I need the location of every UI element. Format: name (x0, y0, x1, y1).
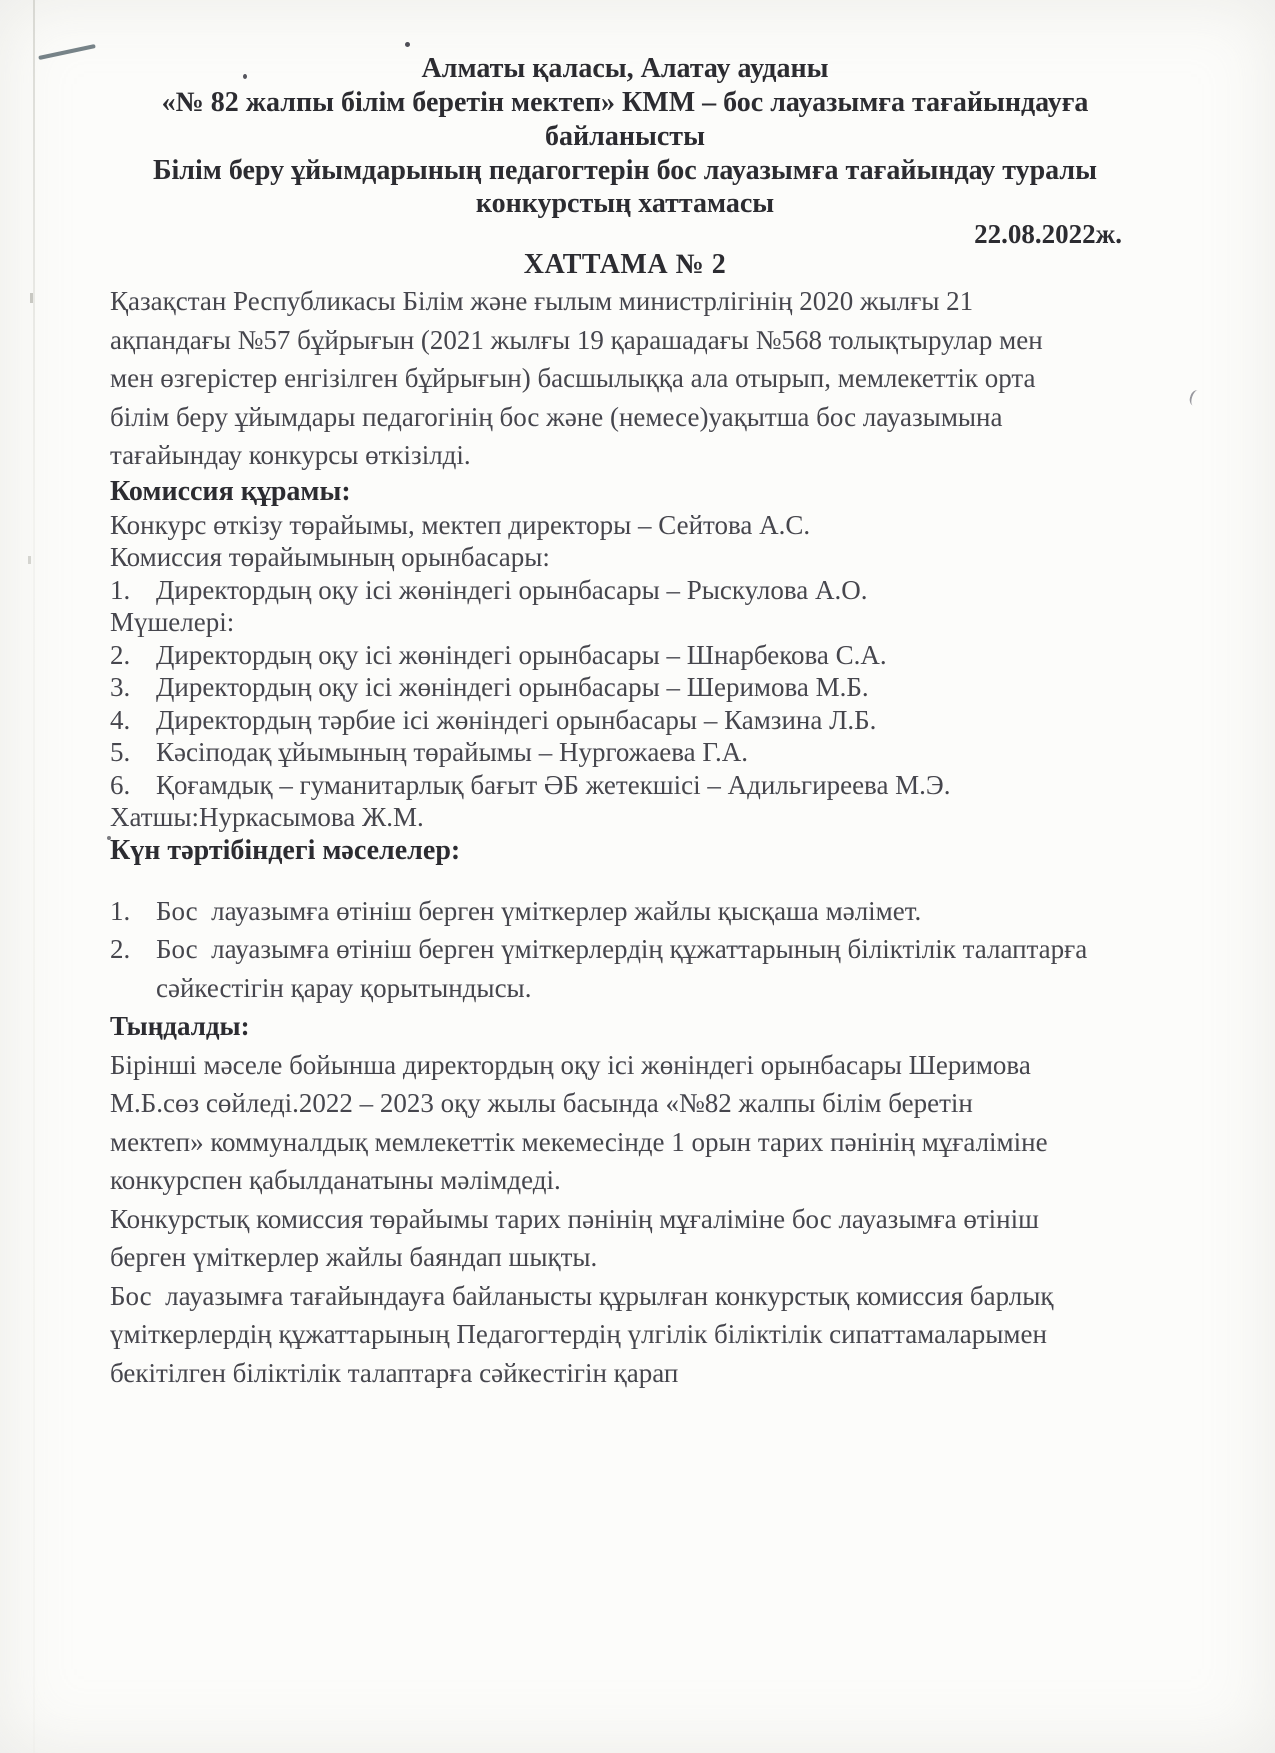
commission-list-item: 6. Қоғамдық – гуманитарлық бағыт ӘБ жете… (110, 769, 1140, 802)
list-item-number: 3. (110, 671, 156, 704)
agenda-item: 1. Бос лауазымға өтініш берген үміткерле… (110, 892, 1140, 931)
commission-list-item: 1. Директордың оқу ісі жөніндегі орынбас… (110, 574, 1140, 607)
list-item-text: Директордың оқу ісі жөніндегі орынбасары… (156, 671, 1140, 704)
list-item-text: Бос лауазымға өтініш берген үміткерлерді… (156, 930, 1140, 1007)
commission-list-item: 3. Директордың оқу ісі жөніндегі орынбас… (110, 671, 1140, 704)
commission-secretary: Хатшы:Нуркасымова Ж.М. (110, 801, 1140, 834)
intro-paragraph: Қазақстан Республикасы Білім және ғылым … (110, 282, 1070, 475)
commission-list-item: 2. Директордың оқу ісі жөніндегі орынбас… (110, 639, 1140, 672)
header-school-line: «№ 82 жалпы білім беретін мектеп» КММ – … (110, 86, 1140, 154)
scan-dash-artifact (30, 293, 33, 303)
scanned-document-page: Алматы қаласы, Алатау ауданы «№ 82 жалпы… (0, 0, 1275, 1753)
agenda-heading: Күн тәртібіндегі мәселелер: (110, 834, 1140, 868)
list-item-number: 1. (110, 574, 156, 607)
protocol-title: ХАТТАМА № 2 (110, 248, 1140, 282)
scan-squiggle-artifact (1188, 389, 1203, 408)
list-item-text: Бос лауазымға өтініш берген үміткерлер ж… (156, 892, 1140, 931)
list-item-text: Директордың тәрбие ісі жөніндегі орынбас… (156, 704, 1140, 737)
heard-label: Тыңдалды: (110, 1007, 1140, 1046)
commission-heading: Комиссия құрамы: (110, 475, 1140, 509)
document-subtitle: Білім беру ұйымдарының педагогтерін бос … (110, 154, 1140, 220)
header-region-line: Алматы қаласы, Алатау ауданы (110, 52, 1140, 86)
commission-list-item: 4. Директордың тәрбие ісі жөніндегі орын… (110, 704, 1140, 737)
scan-edge-line (33, 0, 35, 1753)
pen-stroke-mark (38, 44, 96, 60)
heard-paragraph: Бірінші мәселе бойынша директордың оқу і… (110, 1046, 1060, 1200)
list-item-number: 2. (110, 930, 156, 1007)
commission-chair-line: Конкурс өткізу төрайымы, мектеп директор… (110, 509, 1140, 542)
list-item-number: 6. (110, 769, 156, 802)
heard-paragraph: Бос лауазымға тағайындауға байланысты құ… (110, 1277, 1060, 1393)
document-header: Алматы қаласы, Алатау ауданы «№ 82 жалпы… (110, 0, 1140, 154)
list-item-text: Кәсіподақ ұйымының төрайымы – Нургожаева… (156, 736, 1140, 769)
commission-list-item: 5. Кәсіподақ ұйымының төрайымы – Нургожа… (110, 736, 1140, 769)
document-date: 22.08.2022ж. (110, 220, 1140, 248)
commission-deputy-label: Комиссия төрайымының орынбасары: (110, 541, 1140, 574)
commission-members-label: Мүшелері: (110, 606, 1140, 639)
heard-paragraph: Конкурстық комиссия төрайымы тарих пәнін… (110, 1200, 1060, 1277)
list-item-text: Директордың оқу ісі жөніндегі орынбасары… (156, 639, 1140, 672)
list-item-number: 5. (110, 736, 156, 769)
agenda-item: 2. Бос лауазымға өтініш берген үміткерле… (110, 930, 1140, 1007)
list-item-number: 4. (110, 704, 156, 737)
list-item-text: Директордың оқу ісі жөніндегі орынбасары… (156, 574, 1140, 607)
document-content: Алматы қаласы, Алатау ауданы «№ 82 жалпы… (110, 0, 1140, 1392)
list-item-number: 2. (110, 639, 156, 672)
list-item-number: 1. (110, 892, 156, 931)
list-item-text: Қоғамдық – гуманитарлық бағыт ӘБ жетекші… (156, 769, 1140, 802)
scan-dash-artifact (28, 556, 31, 564)
